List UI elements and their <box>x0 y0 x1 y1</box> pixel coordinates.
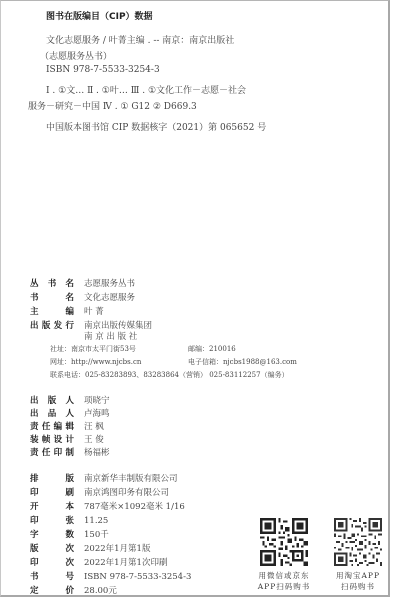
publisher-row: 出版发行南京出版传媒集团 <box>30 317 152 328</box>
cip-line-2: （志愿服务丛书） <box>40 49 112 62</box>
spec-row: 排版南京新华丰制版有限公司 <box>30 470 178 481</box>
qr-caption-jd-wechat: 用微信或京东 APP扫码购书 <box>256 570 312 592</box>
series-value: 志愿服务丛书 <box>84 279 135 289</box>
spec-row: 定价28.00元 <box>30 582 117 593</box>
qr-caption-taobao: 用淘宝APP 扫码购书 <box>330 570 386 592</box>
editor-row: 主编叶 菁 <box>30 303 104 314</box>
editor-value: 叶 菁 <box>84 307 104 317</box>
publisher-label: 出版发行 <box>30 321 74 332</box>
title-row: 书名文化志愿服务 <box>30 289 135 300</box>
spec-value: ISBN 978-7-5533-3254-3 <box>84 572 191 582</box>
spec-value: 2022年1月第1版 <box>84 544 150 554</box>
spec-value: 南京鸿图印务有限公司 <box>84 488 169 498</box>
spec-value: 787毫米×1092毫米 1/16 <box>84 502 185 512</box>
spec-value: 150千 <box>84 530 109 540</box>
cip-title: 图书在版编目（CIP）数据 <box>46 9 153 22</box>
title-value: 文化志愿服务 <box>84 293 135 303</box>
spec-row: 版次2022年1月第1版 <box>30 540 150 551</box>
qr-code-jd-wechat-icon[interactable] <box>260 518 308 566</box>
postcode: 邮编：210016 <box>188 344 236 354</box>
spec-row: 书号ISBN 978-7-5533-3254-3 <box>30 568 191 579</box>
spec-value: 2022年1月第1次印刷 <box>84 558 167 568</box>
qr-caption-line-2: 扫码购书 <box>330 581 386 592</box>
series-row: 丛书名志愿服务丛书 <box>30 275 135 286</box>
website: 网址：http://www.njcbs.cn <box>50 357 141 367</box>
qr-caption-line-1: 用淘宝APP <box>330 570 386 581</box>
spec-value: 南京新华丰制版有限公司 <box>84 474 178 484</box>
people-row: 责任编辑汪 枫 <box>30 418 104 429</box>
address: 社址：南京市太平门街53号 <box>50 344 136 354</box>
print-supervisor-label: 责任印制 <box>30 448 74 459</box>
qr-caption-line-2: APP扫码购书 <box>256 581 312 592</box>
cip-classification-2: 服务－研究－中国 Ⅳ . ① G12 ② D669.3 <box>28 99 197 112</box>
spec-row: 印刷南京鸿图印务有限公司 <box>30 484 169 495</box>
phone: 联系电话：025-83283893、83283864（营销） 025-83112… <box>50 370 289 380</box>
qr-caption-line-1: 用微信或京东 <box>256 570 312 581</box>
cip-line-1: 文化志愿服务 / 叶菁主编 . -- 南京：南京出版社 <box>46 33 234 46</box>
spec-label: 定价 <box>30 586 74 597</box>
spec-value: 11.25 <box>84 516 108 526</box>
people-row: 装帧设计王 俊 <box>30 431 104 442</box>
spec-row: 字数150千 <box>30 526 109 537</box>
email: 电子信箱：njcbs1988@163.com <box>188 357 297 367</box>
spec-row: 开本787毫米×1092毫米 1/16 <box>30 498 185 509</box>
people-row: 责任印制杨福彬 <box>30 444 110 455</box>
cip-classification-1: Ⅰ . ①文… Ⅱ . ①叶… Ⅲ . ①文化工作－志愿－社会 <box>46 83 246 96</box>
people-row: 出品人卢海鸣 <box>30 405 110 416</box>
spec-row: 印次2022年1月第1次印刷 <box>30 554 167 565</box>
spec-row: 印张11.25 <box>30 512 108 523</box>
publisher-name: 南 京 出 版 社 <box>84 330 137 342</box>
qr-code-taobao-icon[interactable] <box>333 518 383 566</box>
cip-isbn: ISBN 978-7-5533-3254-3 <box>46 65 160 75</box>
spec-value: 28.00元 <box>84 586 117 596</box>
print-supervisor-value: 杨福彬 <box>84 448 110 458</box>
people-row: 出版人项晓宁 <box>30 392 110 403</box>
cip-record-number: 中国版本图书馆 CIP 数据核字（2021）第 065652 号 <box>46 120 266 133</box>
